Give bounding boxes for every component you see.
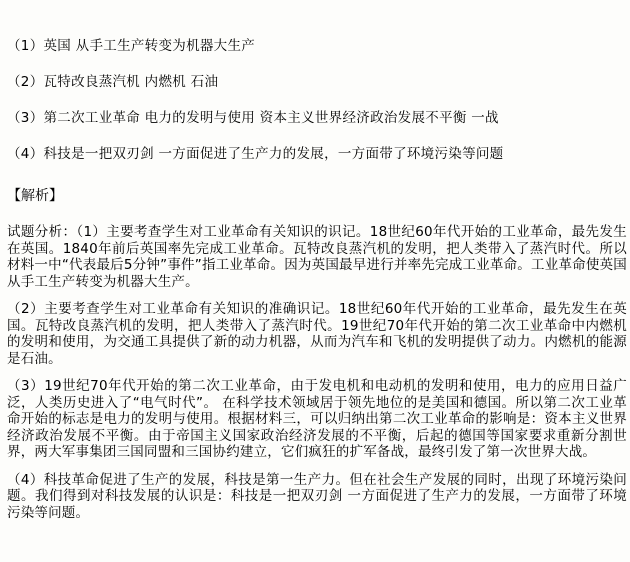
analysis-paragraph-1: 试题分析：（1）主要考查学生对工业革命有关知识的识记。18世纪60年代开始的工业… [7,224,627,290]
analysis-section: 试题分析：（1）主要考查学生对工业革命有关知识的识记。18世纪60年代开始的工业… [7,224,627,521]
analysis-paragraph-4: （4）科技革命促进了生产的发展，科技是第一生产力。但在社会生产发展的同时，出现了… [7,472,627,522]
answer-section: （1）英国 从手工生产转变为机器大生产 （2）瓦特改良蒸汽机 内燃机 石油 （3… [7,38,627,163]
answer-line-3: （3）第二次工业革命 电力的发明与使用 资本主义世界经济政治发展不平衡 一战 [7,110,627,127]
answer-line-4: （4）科技是一把双刃剑 一方面促进了生产力的发展，一方面带了环境污染等问题 [7,146,627,163]
answer-line-2: （2）瓦特改良蒸汽机 内燃机 石油 [7,74,627,91]
analysis-section-header: 【解析】 [7,188,627,205]
analysis-paragraph-3: （3）19世纪70年代开始的第二次工业革命，由于发电机和电动机的发明和使用，电力… [7,378,627,461]
analysis-paragraph-2: （2）主要考查学生对工业革命有关知识的准确识记。18世纪60年代开始的工业革命，… [7,301,627,367]
answer-line-1: （1）英国 从手工生产转变为机器大生产 [7,38,627,55]
exam-answer-document: （1）英国 从手工生产转变为机器大生产 （2）瓦特改良蒸汽机 内燃机 石油 （3… [0,0,630,562]
